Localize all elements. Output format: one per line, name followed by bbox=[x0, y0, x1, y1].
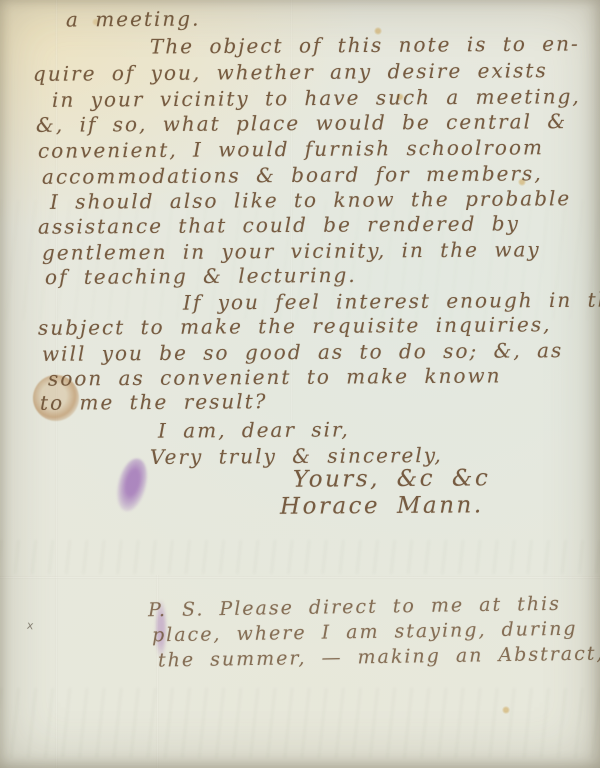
ghost-showthrough-band bbox=[0, 688, 600, 758]
signature-line: Horace Mann. bbox=[280, 493, 484, 520]
paper-speck bbox=[502, 706, 510, 714]
letter-line: assistance that could be rendered by bbox=[38, 212, 520, 237]
letter-line: will you be so good as to do so; &, as bbox=[42, 339, 563, 365]
postscript-line: place, where I am staying, during bbox=[152, 619, 578, 647]
letter-line: subject to make the requisite inquiries, bbox=[38, 313, 552, 339]
horizontal-fold-crease bbox=[0, 576, 600, 579]
pencil-x-mark: x bbox=[26, 619, 34, 633]
letter-line: gentlemen in your vicinity, in the way bbox=[42, 238, 541, 263]
purple-ink-blot bbox=[112, 455, 152, 514]
letter-line: convenient, I would furnish schoolroom bbox=[38, 136, 544, 162]
closing-line: I am, dear sir, bbox=[158, 418, 350, 441]
letter-line: of teaching & lecturing. bbox=[45, 264, 357, 288]
letter-line: &, if so, what place would be central & bbox=[36, 110, 567, 136]
letter-line: in your vicinity to have such a meeting, bbox=[52, 85, 581, 111]
letter-line: soon as convenient to make known bbox=[48, 364, 502, 389]
letter-line: accommodations & board for members, bbox=[42, 162, 543, 187]
letter-line: quire of you, whether any desire exists bbox=[33, 59, 548, 85]
closing-line: Yours, &c &c bbox=[293, 466, 490, 493]
letter-line: to me the result? bbox=[40, 390, 268, 414]
letter-line: a meeting. bbox=[66, 8, 201, 31]
ghost-showthrough-band bbox=[0, 540, 600, 574]
postscript-line: the summer, — making an Abstract, bbox=[158, 643, 600, 671]
letter-line: I should also like to know the probable bbox=[50, 187, 571, 213]
closing-line: Very truly & sincerely, bbox=[150, 444, 443, 468]
letter-line: If you feel interest enough in this bbox=[183, 288, 600, 313]
scanned-letter-page: x a meeting. The object of this note is … bbox=[0, 0, 600, 768]
letter-line: The object of this note is to en- bbox=[150, 33, 580, 58]
postscript-line: P. S. Please direct to me at this bbox=[148, 594, 561, 621]
